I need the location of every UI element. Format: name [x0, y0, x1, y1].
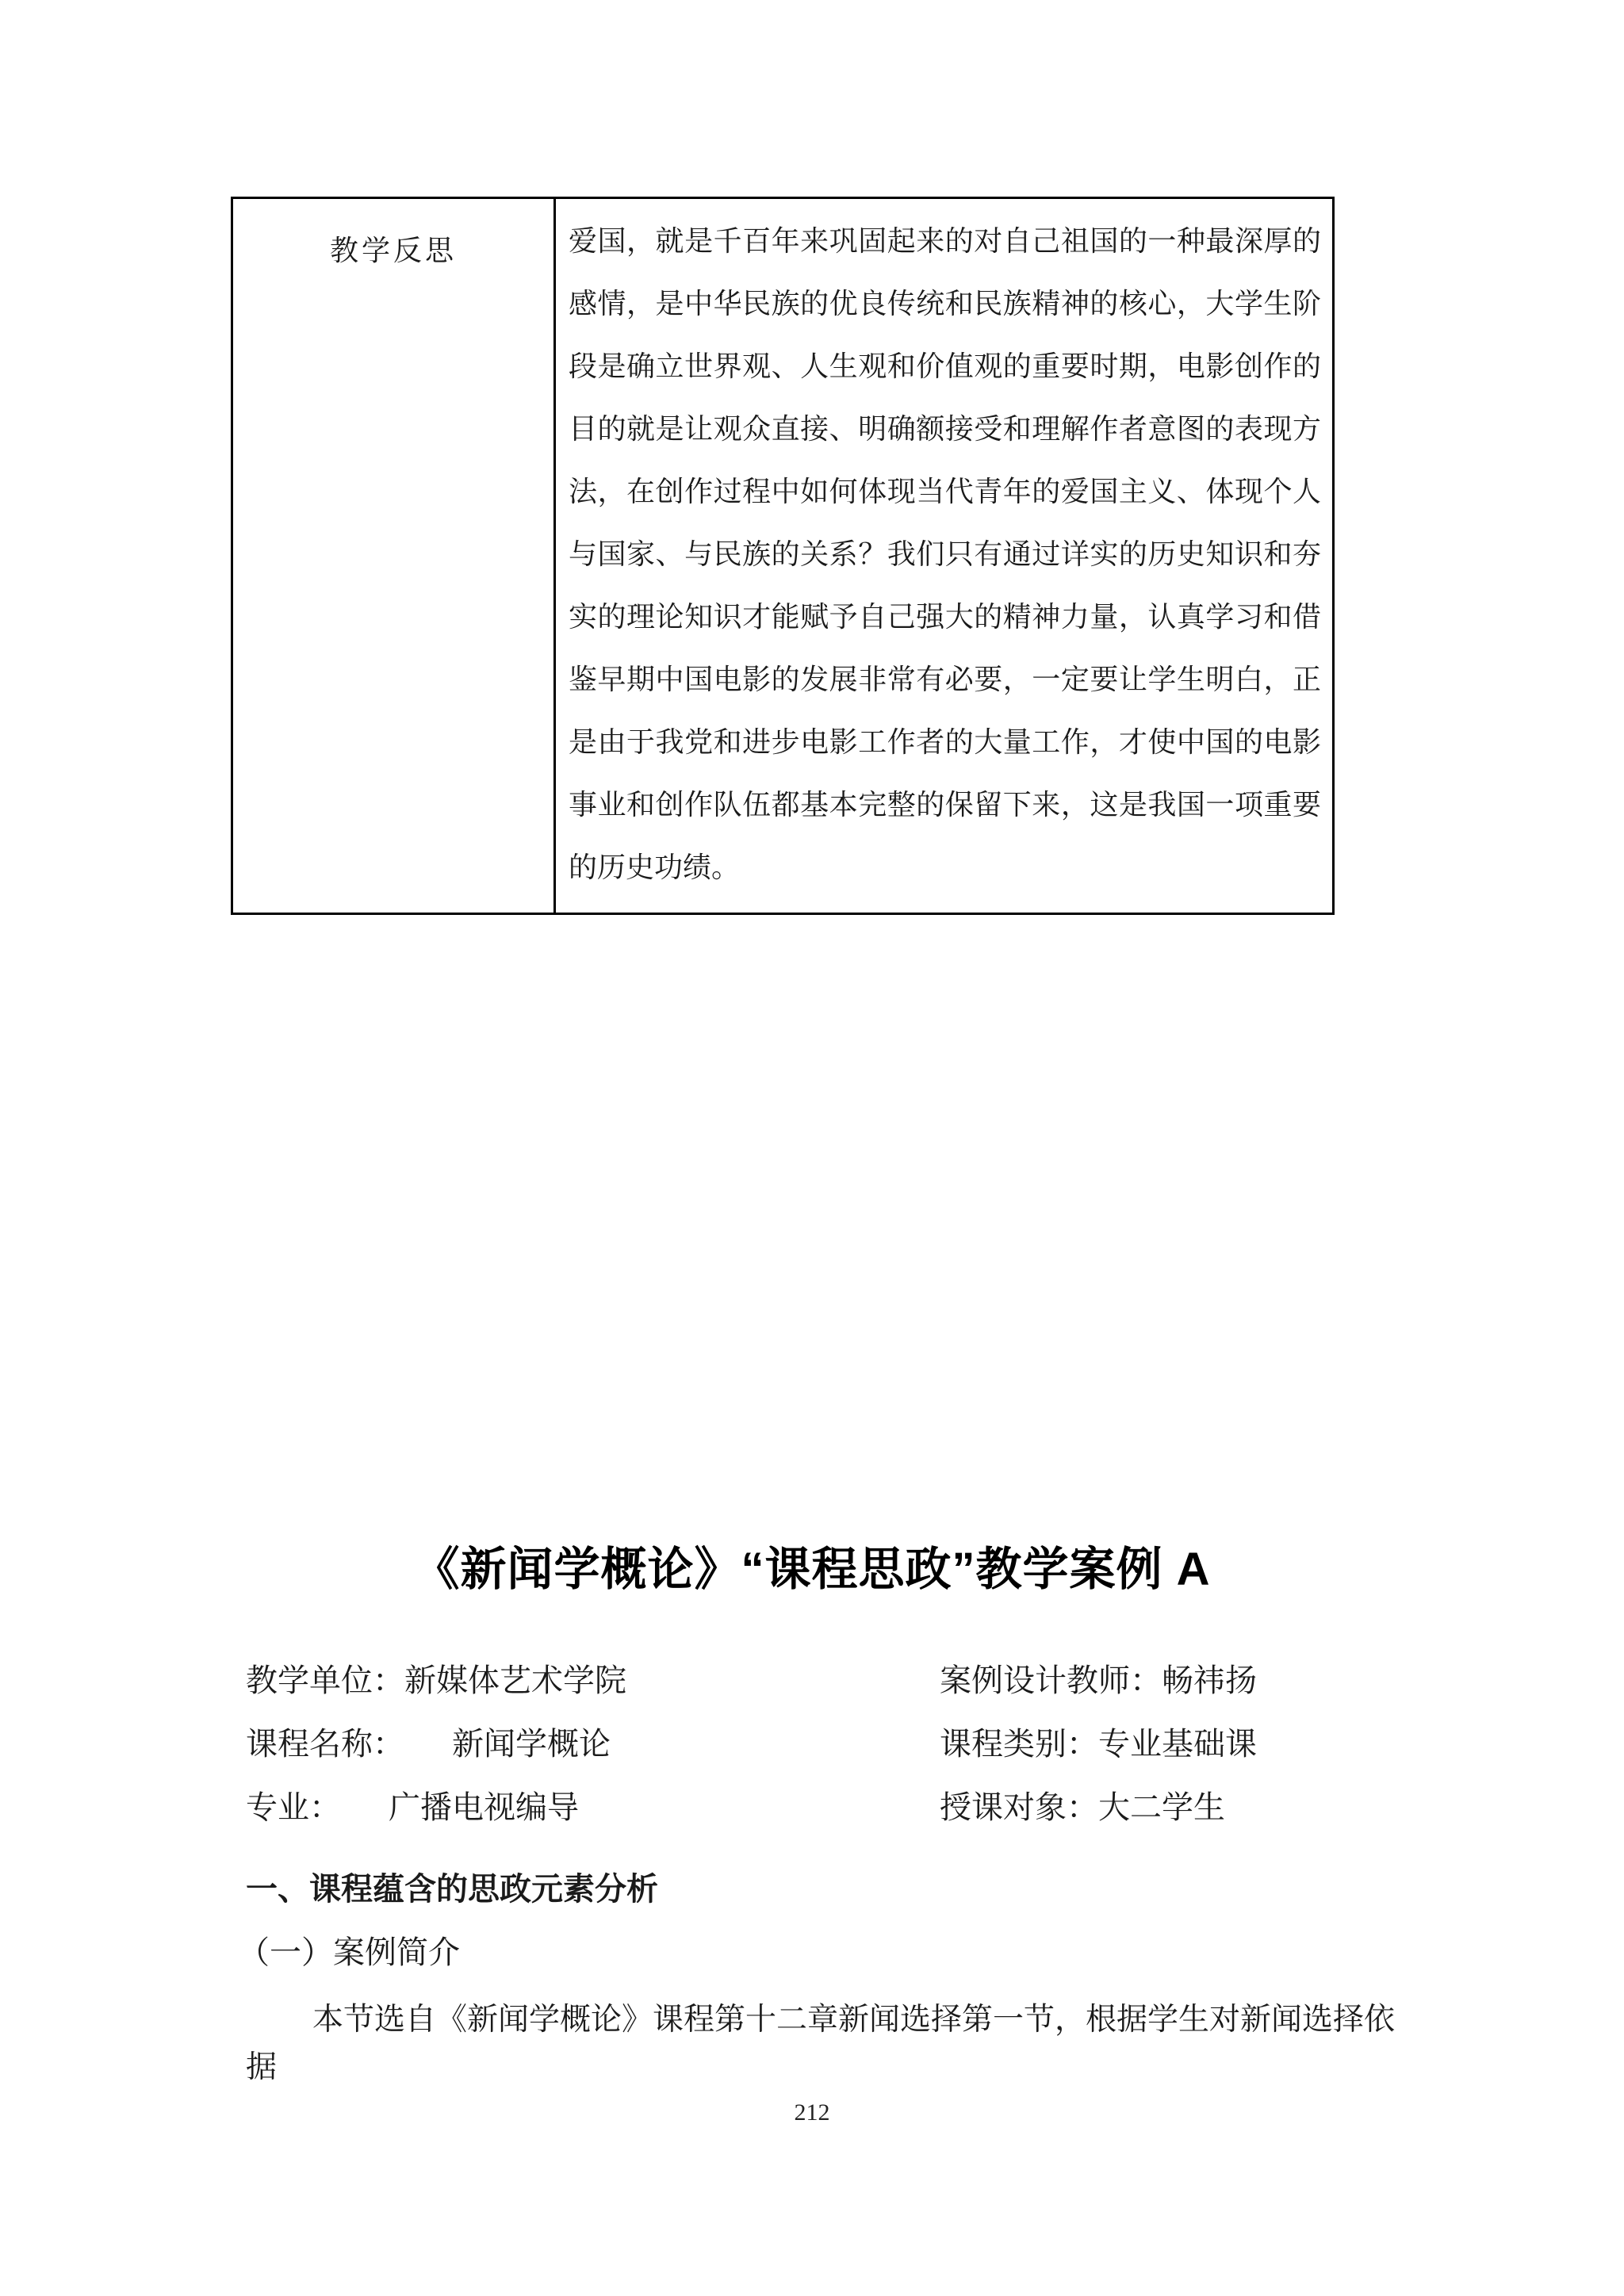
reflection-line: 事业和创作队伍都基本完整的保留下来，这是我国一项重要 [569, 774, 1321, 836]
reflection-line: 的历史功绩。 [569, 836, 1321, 899]
meta-case-designer: 案例设计教师：畅祎扬 [940, 1649, 1419, 1712]
reflection-line: 与国家、与民族的关系？我们只有通过详实的历史知识和夯 [569, 523, 1321, 586]
meta-audience: 授课对象：大二学生 [940, 1776, 1419, 1839]
reflection-line: 爱国，就是千百年来巩固起来的对自己祖国的一种最深厚的 [569, 210, 1321, 273]
case-meta: 教学单位：新媒体艺术学院 案例设计教师：畅祎扬 课程名称： 新闻学概论 课程类别… [246, 1649, 1419, 1839]
case-title: 《新闻学概论》“课程思政”教学案例 A [0, 1544, 1624, 1596]
document-page: 教学反思 爱国，就是千百年来巩固起来的对自己祖国的一种最深厚的 感情，是中华民族… [0, 0, 1624, 2296]
reflection-line: 是由于我党和进步电影工作者的大量工作，才使中国的电影 [569, 711, 1321, 774]
intro-paragraph: 本节选自《新闻学概论》课程第十二章新闻选择第一节，根据学生对新闻选择依据 [246, 1996, 1404, 2091]
meta-major: 专业： 广播电视编导 [246, 1776, 940, 1839]
reflection-line: 目的就是让观众直接、明确额接受和理解作者意图的表现方 [569, 398, 1321, 461]
meta-course-category: 课程类别：专业基础课 [940, 1712, 1419, 1776]
reflection-line: 实的理论知识才能赋予自己强大的精神力量，认真学习和借 [569, 586, 1321, 649]
reflection-label: 教学反思 [233, 199, 556, 913]
reflection-line: 法，在创作过程中如何体现当代青年的爱国主义、体现个人 [569, 461, 1321, 523]
reflection-line: 感情，是中华民族的优良传统和民族精神的核心，大学生阶 [569, 273, 1321, 335]
reflection-table: 教学反思 爱国，就是千百年来巩固起来的对自己祖国的一种最深厚的 感情，是中华民族… [231, 197, 1335, 915]
reflection-line: 段是确立世界观、人生观和价值观的重要时期，电影创作的 [569, 335, 1321, 398]
section-heading-case-intro: （一）案例简介 [238, 1929, 1411, 1976]
page-number: 212 [0, 2097, 1624, 2129]
reflection-line: 鉴早期中国电影的发展非常有必要，一定要让学生明白，正 [569, 649, 1321, 711]
meta-row: 课程名称： 新闻学概论 课程类别：专业基础课 [246, 1712, 1419, 1776]
reflection-content: 爱国，就是千百年来巩固起来的对自己祖国的一种最深厚的 感情，是中华民族的优良传统… [556, 199, 1332, 913]
meta-row: 专业： 广播电视编导 授课对象：大二学生 [246, 1776, 1419, 1839]
meta-row: 教学单位：新媒体艺术学院 案例设计教师：畅祎扬 [246, 1649, 1419, 1712]
section-heading-ideology-analysis: 一、课程蕴含的思政元素分析 [246, 1865, 1419, 1913]
meta-teaching-unit: 教学单位：新媒体艺术学院 [246, 1649, 940, 1712]
meta-course-name: 课程名称： 新闻学概论 [246, 1712, 940, 1776]
